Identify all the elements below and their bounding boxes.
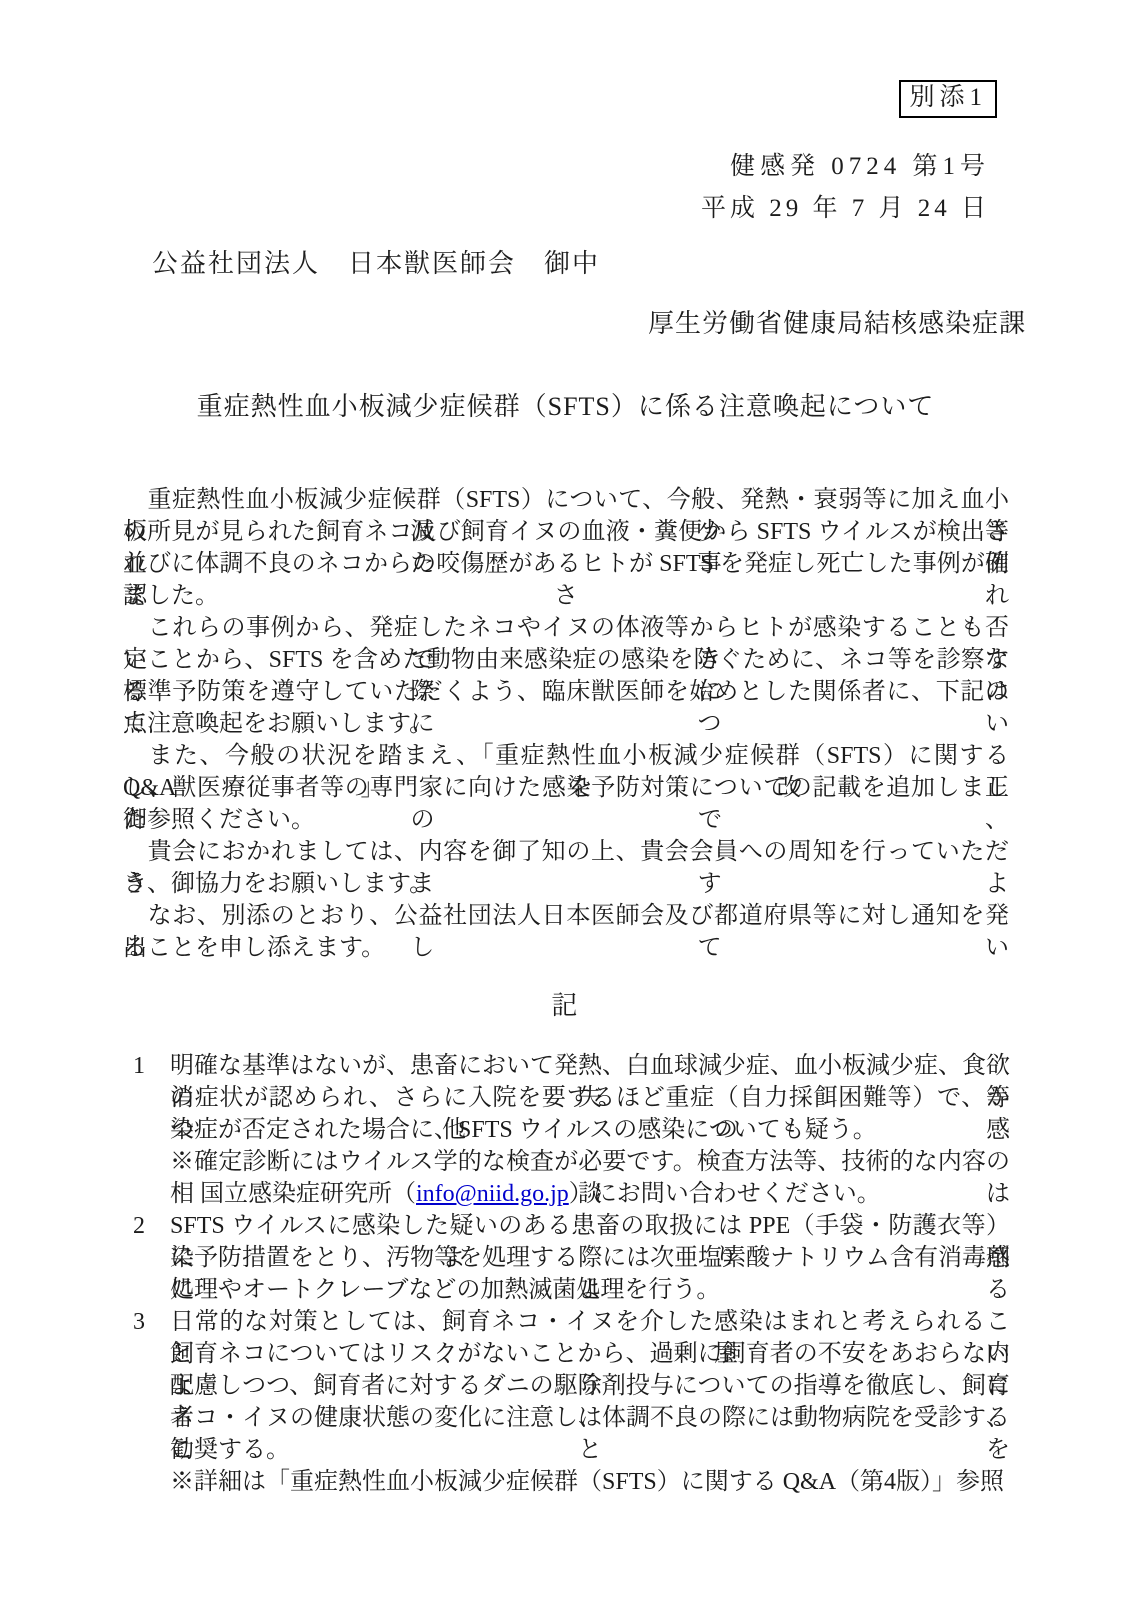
- paragraph-1-line-3: 並びに体調不良のネコからの咬傷歴があるヒトが SFTS を発症し死亡した事例が確…: [123, 548, 1009, 580]
- paragraph-4-line-1: 貴会におかれましては、内容を御了知の上、貴会会員への周知を行っていただきますよ: [123, 836, 1009, 868]
- item-number: 2: [133, 1210, 145, 1242]
- paragraph-3-line-1: また、今般の状況を踏まえ、「重症熱性血小板減少症候群（SFTS）に関する Q&A…: [123, 740, 1009, 772]
- list-item-3: 3日常的な対策としては、飼育ネコ・イヌを介した感染はまれと考えられること、屋内飼…: [133, 1306, 1010, 1498]
- item-3-note: ※詳細は「重症熱性血小板減少症候群（SFTS）に関する Q&A（第4版）」参照: [170, 1466, 1010, 1498]
- paragraph-3-line-2: し、獣医療従事者等の専門家に向けた感染予防対策についての記載を追加しましたので、: [123, 772, 1009, 804]
- item-3-line-1: 日常的な対策としては、飼育ネコ・イヌを介した感染はまれと考えられること、屋内: [170, 1306, 1010, 1338]
- document-page: 別添1 健感発 0724 第1号 平成 29 年 7 月 24 日 公益社団法人…: [0, 0, 1131, 1600]
- paragraph-1-line-2: の所見が見られた飼育ネコ及び飼育イヌの血液・糞便から SFTS ウイルスが検出さ…: [123, 516, 1009, 548]
- item-2-line-1: SFTS ウイルスに感染した疑いのある患畜の取扱には PPE（手袋・防護衣等）に…: [170, 1210, 1010, 1242]
- list-item-2: 2SFTS ウイルスに感染した疑いのある患畜の取扱には PPE（手袋・防護衣等）…: [133, 1210, 1010, 1306]
- paragraph-2-line-1: これらの事例から、発症したネコやイヌの体液等からヒトが感染することも否定できな: [123, 612, 1009, 644]
- item-number: 3: [133, 1306, 145, 1338]
- paragraph-5-line-1: なお、別添のとおり、公益社団法人日本医師会及び都道府県等に対し通知を発出してい: [123, 900, 1009, 932]
- document-date: 平成 29 年 7 月 24 日: [701, 188, 990, 224]
- item-3-line-2: 飼育ネコについてはリスクがないことから、過剰に飼育者の不安をあおらないように: [170, 1338, 1010, 1370]
- item-1-line-2: の症状が認められ、さらに入院を要するほど重症（自力採餌困難等）で、かつ他の感: [170, 1082, 1010, 1114]
- item-1-line-1: 明確な基準はないが、患畜において発熱、白血球減少症、血小板減少症、食欲消失等: [170, 1050, 1010, 1082]
- item-3-line-3: 配慮しつつ、飼育者に対するダニの駆除剤投与についての指導を徹底し、飼育者は、: [170, 1370, 1010, 1402]
- item-number: 1: [133, 1050, 145, 1082]
- paragraph-2-line-2: いことから、SFTS を含めた動物由来感染症の感染を防ぐために、ネコ等を診察する…: [123, 644, 1009, 676]
- addressee: 公益社団法人 日本獣医師会 御中: [152, 243, 600, 280]
- document-title: 重症熱性血小板減少症候群（SFTS）に係る注意喚起について: [0, 386, 1131, 423]
- numbered-list: 1明確な基準はないが、患畜において発熱、白血球減少症、血小板減少症、食欲消失等の…: [133, 1050, 1010, 1498]
- document-number: 健感発 0724 第1号: [730, 146, 990, 182]
- paragraph-2-line-3: 標準予防策を遵守していただくよう、臨床獣医師を始めとした関係者に、下記の点につい: [123, 676, 1009, 708]
- item-2-line-2: 染予防措置をとり、汚物等を処理する際には次亜塩素酸ナトリウム含有消毒剤による: [170, 1242, 1010, 1274]
- record-marker: 記: [0, 985, 1131, 1022]
- attachment-label: 別添1: [899, 80, 997, 118]
- email-link[interactable]: info@niid.go.jp: [416, 1181, 569, 1207]
- list-item-1: 1明確な基準はないが、患畜において発熱、白血球減少症、血小板減少症、食欲消失等の…: [133, 1050, 1010, 1210]
- paragraph-1-line-1: 重症熱性血小板減少症候群（SFTS）について、今般、発熱・衰弱等に加え血小板減少…: [123, 484, 1009, 516]
- item-3-line-4: ネコ・イヌの健康状態の変化に注意し、体調不良の際には動物病院を受診することを: [170, 1402, 1010, 1434]
- item-1-note-line-1: ※確定診断にはウイルス学的な検査が必要です。検査方法等、技術的な内容の相談は: [170, 1146, 1010, 1178]
- body-paragraphs: 重症熱性血小板減少症候群（SFTS）について、今般、発熱・衰弱等に加え血小板減少…: [123, 484, 1009, 964]
- sender-department: 厚生労働省健康局結核感染症課: [648, 303, 1026, 340]
